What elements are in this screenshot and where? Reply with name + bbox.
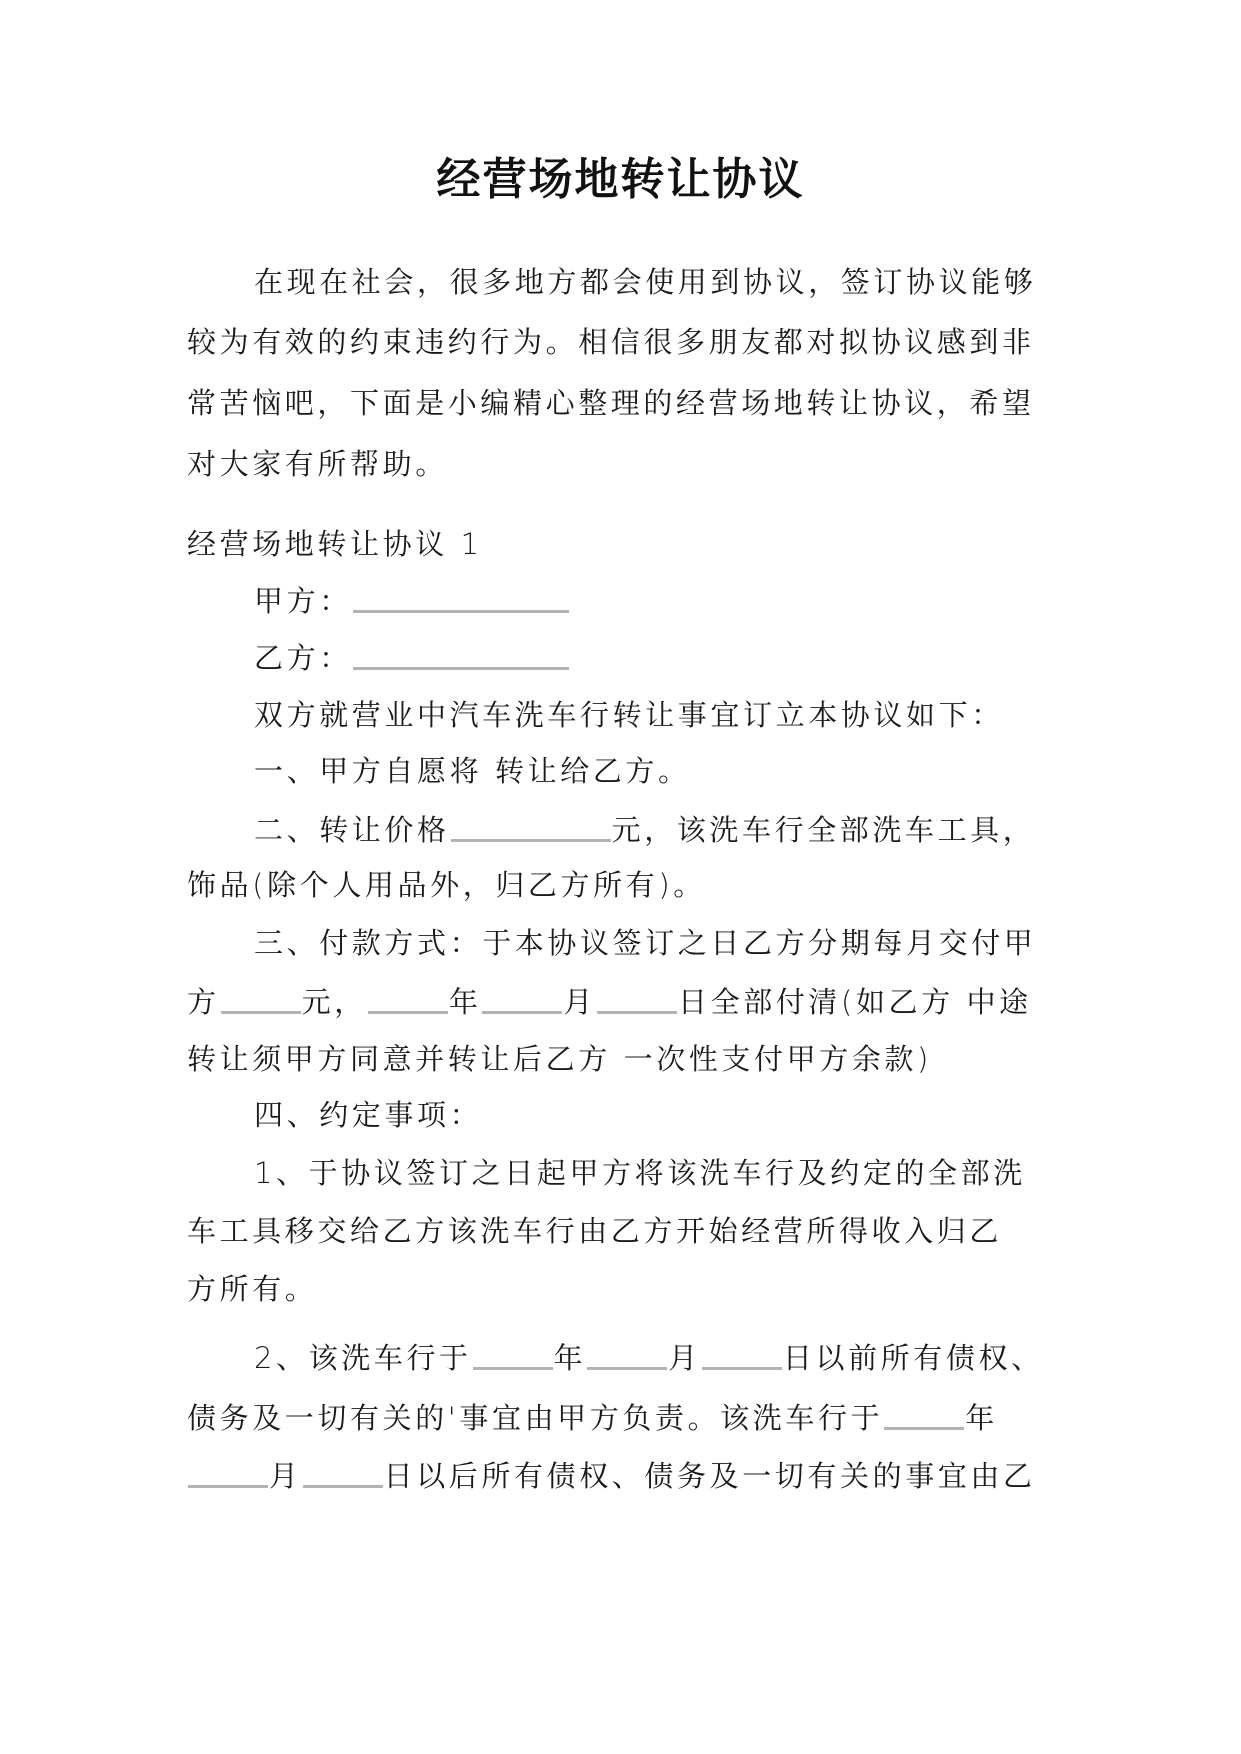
text-segment: 月 [668, 1341, 701, 1375]
text-segment: 年 [554, 1341, 587, 1375]
day-blank[interactable] [303, 1457, 383, 1488]
clause-1: 一、甲方自愿将 转让给乙方。 [254, 751, 1134, 791]
price-blank[interactable] [451, 811, 611, 842]
clause-4-heading: 四、约定事项： [254, 1095, 1134, 1135]
preamble: 双方就营业中汽车洗车行转让事宜订立本协议如下： [254, 695, 1134, 735]
clause-2-line-2: 饰品(除个人用品外，归乙方所有)。 [187, 865, 1067, 905]
month-blank[interactable] [188, 1457, 268, 1488]
text-segment: 日以后所有债权、债务及一切有关的事宜由乙 [384, 1459, 1036, 1493]
item-1-line-3: 方所有。 [187, 1269, 1067, 1309]
text-segment: 日全部付清(如乙方 中途 [678, 985, 1032, 1019]
day-blank[interactable] [597, 983, 677, 1014]
item-2-line-3: 月日以后所有债权、债务及一切有关的事宜由乙 [187, 1455, 1067, 1496]
clause-3-line-3: 转让须甲方同意并转让后乙方 一次性支付甲方余款) [187, 1039, 1067, 1079]
intro-line-2: 较为有效的约束违约行为。相信很多朋友都对拟协议感到非 [187, 322, 1067, 362]
year-blank[interactable] [884, 1399, 964, 1430]
clause-2-line-1: 二、转让价格元，该洗车行全部洗车工具， [254, 809, 1134, 850]
amount-blank[interactable] [221, 983, 301, 1014]
text-segment: 月 [563, 985, 596, 1019]
day-blank[interactable] [702, 1339, 782, 1370]
month-blank[interactable] [482, 983, 562, 1014]
item-2-line-2: 债务及一切有关的'事宜由甲方负责。该洗车行于年 [187, 1397, 1067, 1438]
party-b-line: 乙方： [254, 637, 1134, 678]
item-1-line-2: 车工具移交给乙方该洗车行由乙方开始经营所得收入归乙 [187, 1211, 1067, 1251]
year-blank[interactable] [473, 1339, 553, 1370]
section-heading: 经营场地转让协议 1 [187, 524, 1067, 564]
clause-3-line-2: 方元，年月日全部付清(如乙方 中途 [187, 981, 1067, 1022]
year-blank[interactable] [368, 983, 448, 1014]
party-b-blank[interactable] [353, 639, 569, 670]
intro-line-3: 常苦恼吧，下面是小编精心整理的经营场地转让协议，希望 [187, 383, 1067, 423]
party-a-label: 甲方： [254, 584, 352, 618]
text-segment: 日以前所有债权、 [783, 1341, 1044, 1375]
text-segment: 年 [965, 1401, 998, 1435]
clause-2-prefix: 二、转让价格 [254, 813, 450, 847]
text-segment: 2、该洗车行于 [254, 1341, 472, 1375]
document-title: 经营场地转让协议 [0, 150, 1241, 210]
month-blank[interactable] [587, 1339, 667, 1370]
text-segment: 元， [302, 985, 367, 1019]
clause-2-suffix: 元，该洗车行全部洗车工具， [612, 813, 1036, 847]
intro-line-1: 在现在社会，很多地方都会使用到协议，签订协议能够 [254, 262, 1134, 302]
text-segment: 月 [269, 1459, 302, 1493]
text-segment: 方 [187, 985, 220, 1019]
clause-3-line-1: 三、付款方式：于本协议签订之日乙方分期每月交付甲 [254, 923, 1134, 963]
item-2-line-1: 2、该洗车行于年月日以前所有债权、 [254, 1337, 1134, 1378]
party-b-label: 乙方： [254, 641, 352, 675]
intro-line-4: 对大家有所帮助。 [187, 444, 1067, 484]
party-a-blank[interactable] [353, 582, 569, 613]
item-1-line-1: 1、于协议签订之日起甲方将该洗车行及约定的全部洗 [254, 1153, 1134, 1193]
text-segment: 债务及一切有关的'事宜由甲方负责。该洗车行于 [187, 1401, 883, 1435]
text-segment: 年 [449, 985, 482, 1019]
party-a-line: 甲方： [254, 580, 1134, 621]
